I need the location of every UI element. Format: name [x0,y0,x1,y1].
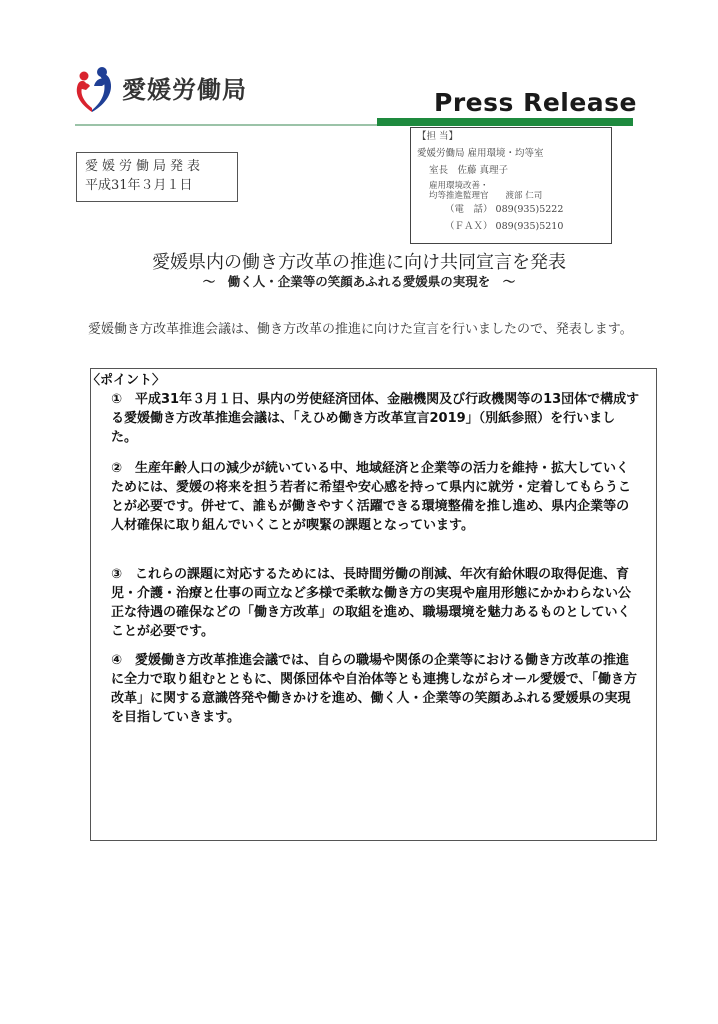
point-text: 平成31年３月１日、県内の労使経済団体、金融機関及び行政機関等の13団体で構成す… [91,390,641,447]
document-title: 愛媛県内の働き方改革の推進に向け共同宣言を発表 [0,248,718,274]
points-label: 〈ポイント〉 [87,371,165,390]
contact-phone: （電 話） 089(935)5222 [417,203,605,216]
contact-officer-title: 雇用環境改善・ [417,181,605,191]
point-number: ③ [111,565,122,584]
point-item: ① 平成31年３月１日、県内の労使経済団体、金融機関及び行政機関等の13団体で構… [111,390,641,447]
header-divider-thin [75,124,377,126]
document-subtitle: ～ 働く人・企業等の笑顔あふれる愛媛県の実現を ～ [0,272,718,290]
org-name: 愛媛労働局 [122,70,247,105]
contact-fax: （ＦＡＸ） 089(935)5210 [417,220,605,233]
point-text: 愛媛働き方改革推進会議では、自らの職場や関係の企業等における働き方改革の推進に全… [91,651,641,727]
point-item: ③ これらの課題に対応するためには、長時間労働の削減、年次有給休暇の取得促進、育… [111,565,641,641]
heart-people-logo-icon [72,66,116,116]
point-text: これらの課題に対応するためには、長時間労働の削減、年次有給休暇の取得促進、育児・… [91,565,641,641]
contact-box: 【担 当】 愛媛労働局 雇用環境・均等室 室長 佐藤 真理子 雇用環境改善・ 均… [410,127,612,244]
point-text: 生産年齢人口の減少が続いている中、地域経済と企業等の活力を維持・拡大していくため… [91,459,641,535]
point-item: ④ 愛媛働き方改革推進会議では、自らの職場や関係の企業等における働き方改革の推進… [111,651,641,727]
issuer-box: 愛媛労働局発表 平成31年３月１日 [76,152,238,202]
point-number: ① [111,390,122,409]
point-item: ② 生産年齢人口の減少が続いている中、地域経済と企業等の活力を維持・拡大していく… [111,459,641,535]
header-divider-green-bar [377,118,633,126]
press-release-label: Press Release [434,88,637,117]
points-box: 〈ポイント〉 ① 平成31年３月１日、県内の労使経済団体、金融機関及び行政機関等… [90,368,657,841]
contact-department: 愛媛労働局 雇用環境・均等室 [417,147,605,160]
contact-officer: 均等推進監理官 渡部 仁司 [417,191,605,201]
issuer-name: 愛媛労働局発表 [85,157,229,176]
point-number: ④ [111,651,122,670]
lead-paragraph: 愛媛働き方改革推進会議は、働き方改革の推進に向けた宣言を行いましたので、発表しま… [86,320,646,339]
issue-date: 平成31年３月１日 [85,176,229,195]
contact-heading: 【担 当】 [417,130,605,143]
contact-chief: 室長 佐藤 真理子 [417,164,605,177]
point-number: ② [111,459,122,478]
